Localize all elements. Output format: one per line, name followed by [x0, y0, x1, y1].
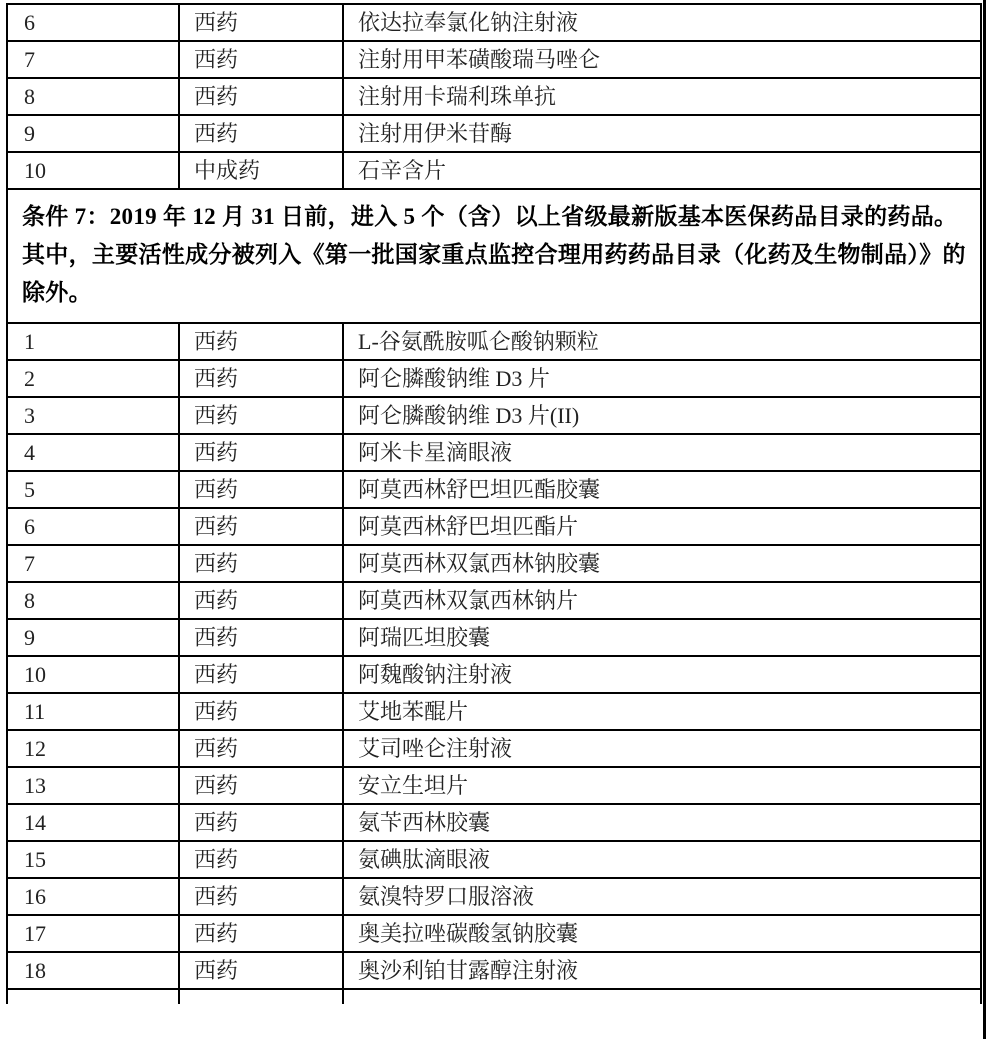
drug-list-table: 6 西药 依达拉奉氯化钠注射液 7 西药 注射用甲苯磺酸瑞马唑仑 8 西药 注射… [6, 3, 982, 1004]
drug-type: 西药 [179, 434, 343, 471]
table-row: 6 西药 依达拉奉氯化钠注射液 [7, 4, 981, 41]
drug-type: 西药 [179, 878, 343, 915]
drug-name: 安立生坦片 [343, 767, 981, 804]
row-number: 11 [7, 693, 179, 730]
drug-name: 阿魏酸钠注射液 [343, 656, 981, 693]
table-row: 7 西药 注射用甲苯磺酸瑞马唑仑 [7, 41, 981, 78]
drug-name: 奥沙利铂甘露醇注射液 [343, 952, 981, 989]
drug-type: 西药 [179, 619, 343, 656]
drug-name: 艾司唑仑注射液 [343, 730, 981, 767]
table-row: 13 西药 安立生坦片 [7, 767, 981, 804]
table-row: 6 西药 阿莫西林舒巴坦匹酯片 [7, 508, 981, 545]
row-number: 7 [7, 545, 179, 582]
row-number: 8 [7, 78, 179, 115]
table-row: 5 西药 阿莫西林舒巴坦匹酯胶囊 [7, 471, 981, 508]
table-row: 18 西药 奥沙利铂甘露醇注射液 [7, 952, 981, 989]
row-number: 9 [7, 115, 179, 152]
drug-type: 西药 [179, 323, 343, 360]
drug-name: 氨碘肽滴眼液 [343, 841, 981, 878]
table-row: 3 西药 阿仑膦酸钠维 D3 片(II) [7, 397, 981, 434]
table-row: 9 西药 注射用伊米苷酶 [7, 115, 981, 152]
drug-name: 阿仑膦酸钠维 D3 片(II) [343, 397, 981, 434]
row-number: 10 [7, 152, 179, 189]
table-row: 2 西药 阿仑膦酸钠维 D3 片 [7, 360, 981, 397]
drug-name: 阿莫西林双氯西林钠胶囊 [343, 545, 981, 582]
drug-type: 西药 [179, 841, 343, 878]
drug-name: 注射用伊米苷酶 [343, 115, 981, 152]
drug-name: 氨溴特罗口服溶液 [343, 878, 981, 915]
drug-type: 西药 [179, 78, 343, 115]
row-number: 7 [7, 41, 179, 78]
drug-type: 西药 [179, 952, 343, 989]
row-number: 13 [7, 767, 179, 804]
row-number: 3 [7, 397, 179, 434]
row-number: 17 [7, 915, 179, 952]
drug-type: 西药 [179, 4, 343, 41]
drug-type: 西药 [179, 693, 343, 730]
drug-type: 西药 [179, 471, 343, 508]
drug-type: 西药 [179, 508, 343, 545]
table-row: 10 中成药 石辛含片 [7, 152, 981, 189]
drug-type: 中成药 [179, 152, 343, 189]
row-number: 8 [7, 582, 179, 619]
drug-type: 西药 [179, 730, 343, 767]
table-row: 11 西药 艾地苯醌片 [7, 693, 981, 730]
row-number: 2 [7, 360, 179, 397]
table-row: 9 西药 阿瑞匹坦胶囊 [7, 619, 981, 656]
drug-name: 注射用甲苯磺酸瑞马唑仑 [343, 41, 981, 78]
row-number: 15 [7, 841, 179, 878]
table-row: 12 西药 艾司唑仑注射液 [7, 730, 981, 767]
drug-name: 艾地苯醌片 [343, 693, 981, 730]
condition-header-row: 条件 7：2019 年 12 月 31 日前，进入 5 个（含）以上省级最新版基… [7, 189, 981, 323]
drug-type: 西药 [179, 360, 343, 397]
drug-type: 西药 [179, 545, 343, 582]
row-number: 10 [7, 656, 179, 693]
drug-type: 西药 [179, 804, 343, 841]
table-row: 4 西药 阿米卡星滴眼液 [7, 434, 981, 471]
drug-name: 阿莫西林双氯西林钠片 [343, 582, 981, 619]
table-row: 15 西药 氨碘肽滴眼液 [7, 841, 981, 878]
row-number: 9 [7, 619, 179, 656]
row-number: 1 [7, 323, 179, 360]
row-number: 14 [7, 804, 179, 841]
table-row: 1 西药 L-谷氨酰胺呱仑酸钠颗粒 [7, 323, 981, 360]
table-row: 17 西药 奥美拉唑碳酸氢钠胶囊 [7, 915, 981, 952]
table-row: 8 西药 阿莫西林双氯西林钠片 [7, 582, 981, 619]
drug-name: 依达拉奉氯化钠注射液 [343, 4, 981, 41]
drug-name: L-谷氨酰胺呱仑酸钠颗粒 [343, 323, 981, 360]
drug-type: 西药 [179, 767, 343, 804]
drug-type: 西药 [179, 397, 343, 434]
drug-name: 注射用卡瑞利珠单抗 [343, 78, 981, 115]
drug-name: 石辛含片 [343, 152, 981, 189]
row-number: 12 [7, 730, 179, 767]
drug-type: 西药 [179, 41, 343, 78]
drug-type: 西药 [179, 656, 343, 693]
row-number: 18 [7, 952, 179, 989]
drug-type: 西药 [179, 915, 343, 952]
row-number: 16 [7, 878, 179, 915]
row-number: 6 [7, 508, 179, 545]
table-row: 10 西药 阿魏酸钠注射液 [7, 656, 981, 693]
row-number: 5 [7, 471, 179, 508]
document-page: 6 西药 依达拉奉氯化钠注射液 7 西药 注射用甲苯磺酸瑞马唑仑 8 西药 注射… [6, 3, 982, 1004]
table-row-cut-off [7, 989, 981, 1004]
row-number [7, 989, 179, 1004]
table-row: 14 西药 氨苄西林胶囊 [7, 804, 981, 841]
drug-type: 西药 [179, 115, 343, 152]
drug-type [179, 989, 343, 1004]
table-row: 16 西药 氨溴特罗口服溶液 [7, 878, 981, 915]
row-number: 4 [7, 434, 179, 471]
condition-7-text: 条件 7：2019 年 12 月 31 日前，进入 5 个（含）以上省级最新版基… [7, 189, 981, 323]
drug-name: 氨苄西林胶囊 [343, 804, 981, 841]
drug-type: 西药 [179, 582, 343, 619]
table-row: 7 西药 阿莫西林双氯西林钠胶囊 [7, 545, 981, 582]
drug-name: 阿瑞匹坦胶囊 [343, 619, 981, 656]
drug-name: 阿莫西林舒巴坦匹酯片 [343, 508, 981, 545]
drug-name: 阿米卡星滴眼液 [343, 434, 981, 471]
drug-name: 奥美拉唑碳酸氢钠胶囊 [343, 915, 981, 952]
row-number: 6 [7, 4, 179, 41]
table-row: 8 西药 注射用卡瑞利珠单抗 [7, 78, 981, 115]
drug-name [343, 989, 981, 1004]
drug-name: 阿仑膦酸钠维 D3 片 [343, 360, 981, 397]
page-edge-border [983, 0, 986, 1039]
drug-name: 阿莫西林舒巴坦匹酯胶囊 [343, 471, 981, 508]
